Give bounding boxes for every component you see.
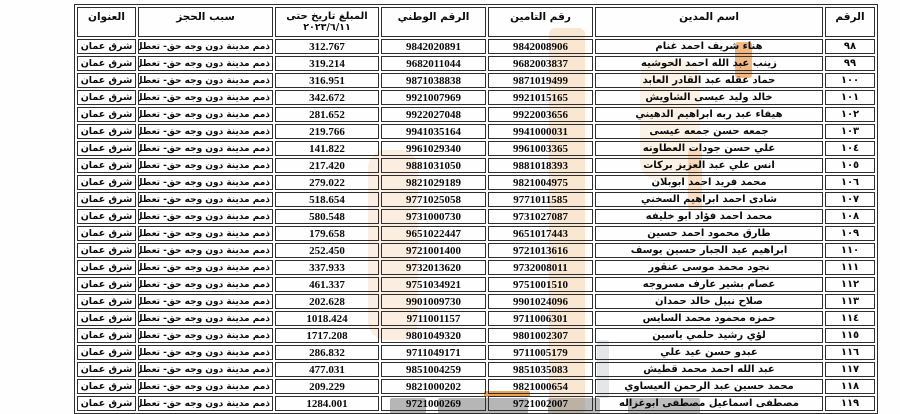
- cell-row-number: ١١٩: [825, 396, 875, 411]
- table-row: ١١٢عصام بشير عارف مسروجه9751001510975103…: [77, 277, 875, 292]
- cell-amount: 279.022: [275, 175, 379, 190]
- cell-insurance-number: 9821000654: [488, 379, 593, 394]
- table-row: ١٠٠حماد عقله عبد القادر العابد9871019499…: [77, 73, 875, 88]
- cell-insurance-number: 9961003365: [488, 141, 593, 156]
- cell-address: شرق عمان: [77, 396, 136, 411]
- cell-address: شرق عمان: [77, 39, 136, 54]
- cell-insurance-number: 9921015165: [488, 90, 593, 105]
- cell-national-number: 9921007969: [381, 90, 486, 105]
- header-insurance-number: رقم التامين: [488, 7, 593, 37]
- cell-row-number: ١٠٥: [825, 158, 875, 173]
- cell-national-number: 9651022447: [381, 226, 486, 241]
- table-header-row: الرقم اسم المدين رقم التامين الرقم الوطن…: [77, 7, 875, 37]
- cell-insurance-number: 9721013616: [488, 243, 593, 258]
- cell-row-number: ١١٦: [825, 345, 875, 360]
- cell-row-number: ١٠٦: [825, 175, 875, 190]
- document-page: الرقم اسم المدين رقم التامين الرقم الوطن…: [0, 0, 900, 414]
- table-row: ١١٣صلاح نبيل خالد حمدان99010240969901009…: [77, 294, 875, 309]
- header-national-number: الرقم الوطني: [381, 7, 486, 37]
- cell-insurance-number: 9922003656: [488, 107, 593, 122]
- cell-seizure-reason: ذمم مدينة دون وجه حق- تعطل: [138, 175, 273, 190]
- cell-national-number: 9682011044: [381, 56, 486, 71]
- cell-amount: 518.654: [275, 192, 379, 207]
- cell-debtor-name: هيفاء عبد ربه ابراهيم الدهيني: [595, 107, 823, 122]
- cell-row-number: ١٠٤: [825, 141, 875, 156]
- cell-amount: 1018.424: [275, 311, 379, 326]
- cell-amount: 1717.208: [275, 328, 379, 343]
- cell-debtor-name: محمد حسين عبد الرحمن العيساوي: [595, 379, 823, 394]
- cell-insurance-number: 9851035083: [488, 362, 593, 377]
- cell-insurance-number: 9682003837: [488, 56, 593, 71]
- cell-row-number: ١١٧: [825, 362, 875, 377]
- table-row: ١٠٦محمد فريد احمد ابوبلان982100497598210…: [77, 175, 875, 190]
- cell-seizure-reason: ذمم مدينة دون وجه حق- تعطل: [138, 243, 273, 258]
- cell-insurance-number: 9901024096: [488, 294, 593, 309]
- cell-amount: 461.337: [275, 277, 379, 292]
- cell-address: شرق عمان: [77, 362, 136, 377]
- cell-insurance-number: 9651017443: [488, 226, 593, 241]
- cell-national-number: 9871038838: [381, 73, 486, 88]
- cell-insurance-number: 9871019499: [488, 73, 593, 88]
- table-row: ١٠٧شادى احمد ابراهيم السخني9771011585977…: [77, 192, 875, 207]
- cell-national-number: 9711049171: [381, 345, 486, 360]
- cell-seizure-reason: ذمم مدينة دون وجه حق- تعطل: [138, 192, 273, 207]
- cell-seizure-reason: ذمم مدينة دون وجه حق- تعطل: [138, 124, 273, 139]
- table-row: ١٠٤علي حسن جودات العطاونه996100336599610…: [77, 141, 875, 156]
- cell-row-number: ١٠١: [825, 90, 875, 105]
- cell-address: شرق عمان: [77, 107, 136, 122]
- cell-row-number: ١١٣: [825, 294, 875, 309]
- cell-seizure-reason: ذمم مدينة دون وجه حق- تعطل: [138, 345, 273, 360]
- cell-seizure-reason: ذمم مدينة دون وجه حق- تعطل: [138, 90, 273, 105]
- cell-seizure-reason: ذمم مدينة دون وجه حق- تعطل: [138, 294, 273, 309]
- cell-seizure-reason: ذمم مدينة دون وجه حق- تعطل: [138, 362, 273, 377]
- cell-insurance-number: 9941000031: [488, 124, 593, 139]
- table-row: ١١٦عبدو حسن عيد علي971100517997110491712…: [77, 345, 875, 360]
- cell-debtor-name: عصام بشير عارف مسروجه: [595, 277, 823, 292]
- table-row: ١١٩مصطفى اسماعيل مصطفى ابوغزاله972100200…: [77, 396, 875, 411]
- cell-debtor-name: عبد الله احمد محمد قطيش: [595, 362, 823, 377]
- cell-seizure-reason: ذمم مدينة دون وجه حق- تعطل: [138, 141, 273, 156]
- table-row: ١٠٢هيفاء عبد ربه ابراهيم الدهيني99220036…: [77, 107, 875, 122]
- cell-amount: 252.450: [275, 243, 379, 258]
- cell-amount: 179.658: [275, 226, 379, 241]
- cell-seizure-reason: ذمم مدينة دون وجه حق- تعطل: [138, 396, 273, 411]
- cell-amount: 312.767: [275, 39, 379, 54]
- cell-seizure-reason: ذمم مدينة دون وجه حق- تعطل: [138, 277, 273, 292]
- cell-amount: 337.933: [275, 260, 379, 275]
- cell-address: شرق عمان: [77, 345, 136, 360]
- cell-row-number: ٩٩: [825, 56, 875, 71]
- cell-address: شرق عمان: [77, 328, 136, 343]
- cell-address: شرق عمان: [77, 90, 136, 105]
- cell-seizure-reason: ذمم مدينة دون وجه حق- تعطل: [138, 311, 273, 326]
- cell-address: شرق عمان: [77, 158, 136, 173]
- cell-row-number: ١٠٠: [825, 73, 875, 88]
- cell-amount: 1284.001: [275, 396, 379, 411]
- cell-address: شرق عمان: [77, 209, 136, 224]
- cell-debtor-name: هناء شريف احمد غنام: [595, 39, 823, 54]
- cell-row-number: ١١٤: [825, 311, 875, 326]
- cell-national-number: 9801049320: [381, 328, 486, 343]
- cell-insurance-number: 9751001510: [488, 277, 593, 292]
- table-row: ١٠٥انس علي عبد العزيز بركات9881018393988…: [77, 158, 875, 173]
- cell-debtor-name: طارق محمود احمد حسين: [595, 226, 823, 241]
- cell-amount: 342.672: [275, 90, 379, 105]
- cell-seizure-reason: ذمم مدينة دون وجه حق- تعطل: [138, 209, 273, 224]
- table-row: ١٠٣جمعه حسن جمعه عيسى9941000031994103516…: [77, 124, 875, 139]
- cell-national-number: 9821000202: [381, 379, 486, 394]
- cell-debtor-name: محمد احمد فؤاد ابو خليفه: [595, 209, 823, 224]
- cell-national-number: 9821029189: [381, 175, 486, 190]
- cell-row-number: ١٠٨: [825, 209, 875, 224]
- cell-national-number: 9851004259: [381, 362, 486, 377]
- cell-seizure-reason: ذمم مدينة دون وجه حق- تعطل: [138, 260, 273, 275]
- cell-national-number: 9711001157: [381, 311, 486, 326]
- table-row: ١١٨محمد حسين عبد الرحمن العيساوي98210006…: [77, 379, 875, 394]
- cell-seizure-reason: ذمم مدينة دون وجه حق- تعطل: [138, 226, 273, 241]
- cell-row-number: ٩٨: [825, 39, 875, 54]
- cell-national-number: 9751034921: [381, 277, 486, 292]
- cell-amount: 580.548: [275, 209, 379, 224]
- header-seizure-reason: سبب الحجز: [138, 7, 273, 37]
- cell-amount: 281.652: [275, 107, 379, 122]
- cell-amount: 477.031: [275, 362, 379, 377]
- cell-amount: 286.832: [275, 345, 379, 360]
- cell-amount: 217.420: [275, 158, 379, 173]
- table-row: ١٠٩طارق محمود احمد حسين96510174439651022…: [77, 226, 875, 241]
- header-amount: المبلغ تاريخ حتى ٢٠٢٣/٦/١١: [275, 7, 379, 37]
- cell-address: شرق عمان: [77, 175, 136, 190]
- cell-debtor-name: مصطفى اسماعيل مصطفى ابوغزاله: [595, 396, 823, 411]
- header-address: العنوان: [77, 7, 136, 37]
- cell-seizure-reason: ذمم مدينة دون وجه حق- تعطل: [138, 107, 273, 122]
- cell-row-number: ١٠٧: [825, 192, 875, 207]
- cell-national-number: 9842020891: [381, 39, 486, 54]
- cell-debtor-name: نجود محمد موسى عنقور: [595, 260, 823, 275]
- table-row: ١١٧عبد الله احمد محمد قطيش98510350839851…: [77, 362, 875, 377]
- table-row: ١١٥لؤي رشيد حلمي ياسين980100230798010493…: [77, 328, 875, 343]
- table-row: ١٠١خالد وليد عيسى الشاويش992101516599210…: [77, 90, 875, 105]
- table-row: ١١١نجود محمد موسى عنقور97320080119732013…: [77, 260, 875, 275]
- cell-amount: 316.951: [275, 73, 379, 88]
- cell-amount: 319.214: [275, 56, 379, 71]
- cell-address: شرق عمان: [77, 124, 136, 139]
- cell-debtor-name: عبدو حسن عيد علي: [595, 345, 823, 360]
- cell-insurance-number: 9821004975: [488, 175, 593, 190]
- header-amount-label: المبلغ تاريخ حتى: [276, 11, 378, 23]
- cell-address: شرق عمان: [77, 277, 136, 292]
- cell-debtor-name: حماد عقله عبد القادر العابد: [595, 73, 823, 88]
- cell-address: شرق عمان: [77, 260, 136, 275]
- cell-national-number: 9941035164: [381, 124, 486, 139]
- debtors-table: الرقم اسم المدين رقم التامين الرقم الوطن…: [74, 4, 878, 414]
- cell-insurance-number: 9842008906: [488, 39, 593, 54]
- cell-address: شرق عمان: [77, 379, 136, 394]
- table-row: ١١٠ابراهيم عيد الجبار حسين يوسف972101361…: [77, 243, 875, 258]
- table-row: ٩٨هناء شريف احمد غنام9842008906984202089…: [77, 39, 875, 54]
- cell-insurance-number: 9711006301: [488, 311, 593, 326]
- cell-insurance-number: 9771011585: [488, 192, 593, 207]
- cell-amount: 202.628: [275, 294, 379, 309]
- cell-insurance-number: 9881018393: [488, 158, 593, 173]
- cell-row-number: ١١٢: [825, 277, 875, 292]
- cell-national-number: 9721001400: [381, 243, 486, 258]
- table-row: ٩٩زينب عبد الله احمد الحوشيه968200383796…: [77, 56, 875, 71]
- cell-debtor-name: جمعه حسن جمعه عيسى: [595, 124, 823, 139]
- cell-seizure-reason: ذمم مدينة دون وجه حق- تعطل: [138, 379, 273, 394]
- cell-address: شرق عمان: [77, 192, 136, 207]
- cell-address: شرق عمان: [77, 311, 136, 326]
- table-row: ١٠٨محمد احمد فؤاد ابو خليفه9731027087973…: [77, 209, 875, 224]
- cell-insurance-number: 9711005179: [488, 345, 593, 360]
- cell-seizure-reason: ذمم مدينة دون وجه حق- تعطل: [138, 328, 273, 343]
- cell-debtor-name: خالد وليد عيسى الشاويش: [595, 90, 823, 105]
- cell-address: شرق عمان: [77, 56, 136, 71]
- cell-seizure-reason: ذمم مدينة دون وجه حق- تعطل: [138, 158, 273, 173]
- cell-address: شرق عمان: [77, 73, 136, 88]
- cell-insurance-number: 9732008011: [488, 260, 593, 275]
- cell-debtor-name: علي حسن جودات العطاونه: [595, 141, 823, 156]
- cell-seizure-reason: ذمم مدينة دون وجه حق- تعطل: [138, 39, 273, 54]
- cell-national-number: 9771025058: [381, 192, 486, 207]
- cell-debtor-name: لؤي رشيد حلمي ياسين: [595, 328, 823, 343]
- cell-debtor-name: انس علي عبد العزيز بركات: [595, 158, 823, 173]
- header-number: الرقم: [825, 7, 875, 37]
- cell-national-number: 9721000269: [381, 396, 486, 411]
- cell-row-number: ١١٨: [825, 379, 875, 394]
- cell-address: شرق عمان: [77, 294, 136, 309]
- cell-row-number: ١٠٣: [825, 124, 875, 139]
- table-body: ٩٨هناء شريف احمد غنام9842008906984202089…: [77, 39, 875, 411]
- cell-debtor-name: شادى احمد ابراهيم السخني: [595, 192, 823, 207]
- cell-national-number: 9901009730: [381, 294, 486, 309]
- table-row: ١١٤حمزه محمود محمد السايس971100630197110…: [77, 311, 875, 326]
- cell-row-number: ١٠٢: [825, 107, 875, 122]
- cell-row-number: ١٠٩: [825, 226, 875, 241]
- cell-national-number: 9731000730: [381, 209, 486, 224]
- cell-insurance-number: 9721002007: [488, 396, 593, 411]
- cell-insurance-number: 9731027087: [488, 209, 593, 224]
- cell-debtor-name: محمد فريد احمد ابوبلان: [595, 175, 823, 190]
- cell-seizure-reason: ذمم مدينة دون وجه حق- تعطل: [138, 73, 273, 88]
- cell-debtor-name: حمزه محمود محمد السايس: [595, 311, 823, 326]
- cell-address: شرق عمان: [77, 141, 136, 156]
- cell-national-number: 9881031050: [381, 158, 486, 173]
- cell-row-number: ١١٠: [825, 243, 875, 258]
- header-amount-date: ٢٠٢٣/٦/١١: [276, 23, 378, 34]
- cell-seizure-reason: ذمم مدينة دون وجه حق- تعطل: [138, 56, 273, 71]
- cell-address: شرق عمان: [77, 243, 136, 258]
- cell-row-number: ١١١: [825, 260, 875, 275]
- cell-address: شرق عمان: [77, 226, 136, 241]
- cell-row-number: ١١٥: [825, 328, 875, 343]
- cell-amount: 209.229: [275, 379, 379, 394]
- cell-insurance-number: 9801002307: [488, 328, 593, 343]
- cell-debtor-name: ابراهيم عيد الجبار حسين يوسف: [595, 243, 823, 258]
- cell-national-number: 9922027048: [381, 107, 486, 122]
- cell-amount: 141.822: [275, 141, 379, 156]
- cell-amount: 219.766: [275, 124, 379, 139]
- cell-national-number: 9732013620: [381, 260, 486, 275]
- cell-debtor-name: زينب عبد الله احمد الحوشيه: [595, 56, 823, 71]
- cell-debtor-name: صلاح نبيل خالد حمدان: [595, 294, 823, 309]
- header-debtor-name: اسم المدين: [595, 7, 823, 37]
- cell-national-number: 9961029340: [381, 141, 486, 156]
